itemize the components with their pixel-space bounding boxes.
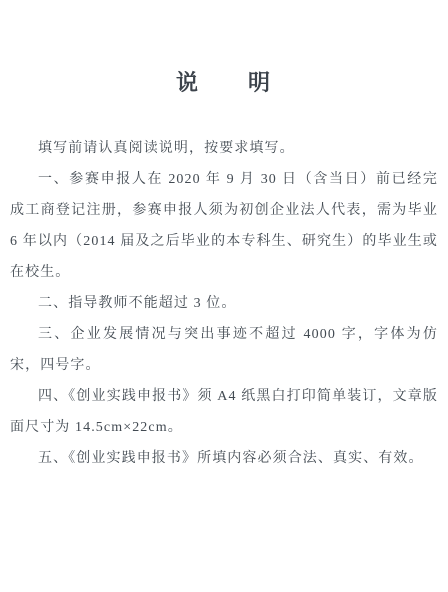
- clause-2-paragraph: 二、指导教师不能超过 3 位。: [10, 288, 438, 319]
- clause-5-paragraph: 五、《创业实践申报书》所填内容必须合法、真实、有效。: [10, 443, 438, 474]
- document-page: 说 明 填写前请认真阅读说明，按要求填写。 一、参赛申报人在 2020 年 9 …: [0, 0, 448, 592]
- page-title: 说 明: [10, 66, 438, 97]
- clause-3-paragraph: 三、企业发展情况与突出事迹不超过 4000 字，字体为仿宋，四号字。: [10, 319, 438, 381]
- clause-4-paragraph: 四、《创业实践申报书》须 A4 纸黑白打印简单装订，文章版面尺寸为 14.5cm…: [10, 381, 438, 443]
- clause-1-paragraph: 一、参赛申报人在 2020 年 9 月 30 日（含当日）前已经完成工商登记注册…: [10, 164, 438, 288]
- intro-paragraph: 填写前请认真阅读说明，按要求填写。: [10, 133, 438, 164]
